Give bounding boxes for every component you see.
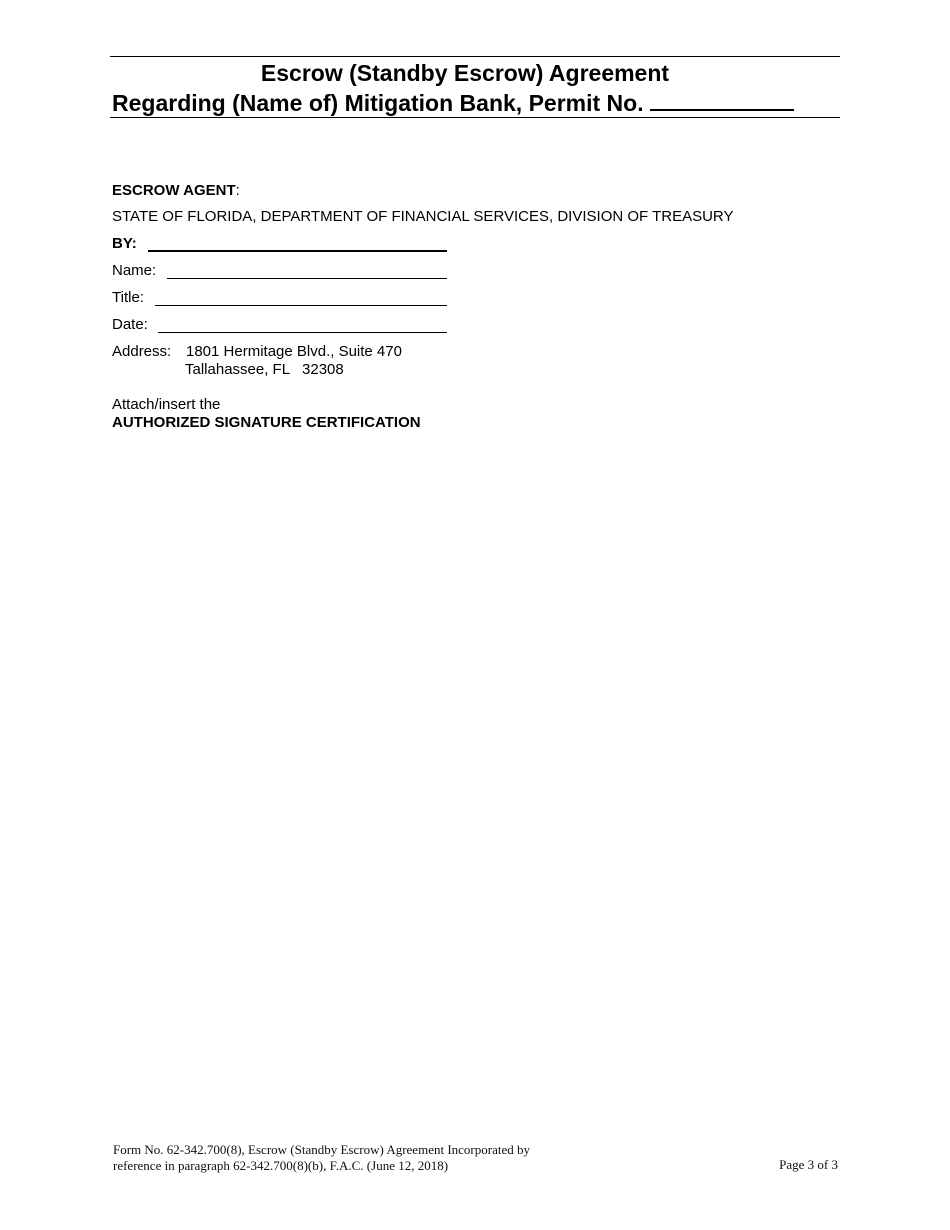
title-label: Title: (112, 289, 144, 307)
address-line1: 1801 Hermitage Blvd., Suite 470 (186, 343, 402, 361)
footer-form-line1: Form No. 62-342.700(8), Escrow (Standby … (113, 1142, 530, 1158)
escrow-agent-heading-text: ESCROW AGENT (112, 182, 236, 199)
address-line2: Tallahassee, FL 32308 (185, 361, 344, 379)
date-field-line[interactable] (158, 332, 447, 333)
document-title-line2: Regarding (Name of) Mitigation Bank, Per… (112, 87, 794, 117)
page-number: Page 3 of 3 (779, 1157, 838, 1173)
name-label: Name: (112, 262, 156, 280)
by-signature-line[interactable] (148, 250, 447, 252)
authorized-signature-certification: AUTHORIZED SIGNATURE CERTIFICATION (112, 414, 421, 432)
title-line2-text: Regarding (Name of) Mitigation Bank, Per… (112, 90, 644, 116)
header-bottom-rule (110, 117, 840, 118)
address-label: Address: (112, 343, 171, 361)
escrow-agent-colon: : (236, 182, 240, 199)
escrow-agent-entity: STATE OF FLORIDA, DEPARTMENT OF FINANCIA… (112, 208, 734, 226)
document-title-line1: Escrow (Standby Escrow) Agreement (110, 59, 840, 87)
title-field-line[interactable] (155, 305, 447, 306)
by-label: BY: (112, 235, 137, 253)
header-top-rule (110, 56, 840, 57)
attach-instruction: Attach/insert the (112, 396, 220, 414)
footer-form-line2: reference in paragraph 62-342.700(8)(b),… (113, 1158, 448, 1174)
name-field-line[interactable] (167, 278, 447, 279)
title-line1-text: Escrow (Standby Escrow) Agreement (261, 59, 669, 87)
date-label: Date: (112, 316, 148, 334)
permit-number-field[interactable] (650, 87, 794, 111)
escrow-agent-heading: ESCROW AGENT: (112, 182, 240, 200)
